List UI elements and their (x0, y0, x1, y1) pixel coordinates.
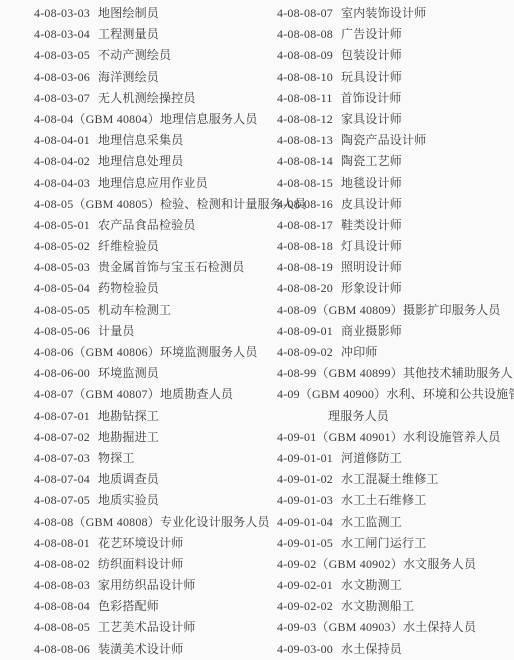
occupation-code: 4-08-05 (34, 194, 73, 215)
occupation-code: 4-08-07-02 (34, 427, 90, 448)
occupation-name: 药物检验员 (98, 281, 159, 295)
occupation-entry: 4-08-08-09包装设计师 (277, 45, 514, 66)
occupation-code: 4-09-01 (277, 427, 316, 448)
occupation-entry-line: 4-08-08-16皮具设计师 (277, 194, 514, 215)
occupation-entry-line: 4-08-05-02纤维检验员 (34, 236, 270, 257)
occupation-name: 玩具设计师 (341, 70, 402, 84)
occupation-name: 地理信息处理员 (98, 154, 183, 168)
occupation-entry-line: 4-08-06-00环境监测员 (34, 363, 270, 384)
occupation-entry-line: 4-08-08-01花艺环境设计师 (34, 533, 270, 554)
occupation-entry-line: 4-08-08-13陶瓷产品设计师 (277, 130, 514, 151)
occupation-code: 4-08-08-13 (277, 130, 333, 151)
occupation-code: 4-08-03-05 (34, 45, 90, 66)
occupation-name: 水工土石维修工 (341, 493, 426, 507)
occupation-entry-line: 4-08-08-04色彩搭配师 (34, 596, 270, 617)
occupation-entry: 4-09-01-04水工监测工 (277, 512, 514, 533)
occupation-entry: 4-08-08-10玩具设计师 (277, 67, 514, 88)
occupation-code: 4-08-08-19 (277, 257, 333, 278)
occupation-name: 地图绘制员 (98, 6, 159, 20)
occupation-name: 地勘钻探工 (98, 409, 159, 423)
occupation-code: 4-08-07-05 (34, 490, 90, 511)
occupation-entry: 4-08-05（GBM 40805）检验、检测和计量服务人员 (34, 194, 270, 215)
occupation-entry-line: 4-08-05-01农产品食品检验员 (34, 215, 270, 236)
occupation-name: 水工闸门运行工 (341, 536, 426, 550)
occupation-entry: 4-08-08-15地毯设计师 (277, 173, 514, 194)
occupation-name: 工艺美术品设计师 (98, 620, 196, 634)
occupation-name: 纤维检验员 (98, 239, 159, 253)
occupation-name: 包装设计师 (341, 48, 402, 62)
occupation-entry-line: 4-08-08-02纺织面料设计师 (34, 554, 270, 575)
occupation-entry-line: 4-08-08-17鞋类设计师 (277, 215, 514, 236)
occupation-name: （GBM 40899）其他技术辅助服务人员 (316, 366, 514, 380)
occupation-entry-line: 4-08-07-05地质实验员 (34, 490, 270, 511)
occupation-code: 4-08-08-01 (34, 533, 90, 554)
occupation-entry-line: 4-08-05-06计量员 (34, 321, 270, 342)
occupation-name: 水文勘测工 (341, 578, 402, 592)
occupation-name: 首饰设计师 (341, 91, 402, 105)
occupation-entry: 4-09-02（GBM 40902）水文服务人员 (277, 554, 514, 575)
occupation-name: 家具设计师 (341, 112, 402, 126)
occupation-entry: 4-08-08-20形象设计师 (277, 278, 514, 299)
occupation-entry: 4-08-05-03贵金属首饰与宝玉石检测员 (34, 257, 270, 278)
occupation-name: 无人机测绘操控员 (98, 91, 196, 105)
occupation-entry-line: 4-09-03-00水土保持员 (277, 639, 514, 660)
occupation-entry-line: 4-09-03（GBM 40903）水土保持人员 (277, 617, 514, 638)
occupation-entry-line: 4-08-08-03家用纺织品设计师 (34, 575, 270, 596)
occupation-code: 4-08-08-17 (277, 215, 333, 236)
occupation-entry: 4-08-04（GBM 40804）地理信息服务人员 (34, 109, 270, 130)
occupation-entry: 4-08-03-03地图绘制员 (34, 3, 270, 24)
occupation-entry-line: 4-08-03-05不动产测绘员 (34, 45, 270, 66)
occupation-code: 4-08-08-18 (277, 236, 333, 257)
occupation-entry: 4-08-03-05不动产测绘员 (34, 45, 270, 66)
occupation-entry-line: 4-08-08-06装潢美术设计师 (34, 639, 270, 660)
occupation-code: 4-08-08-10 (277, 67, 333, 88)
occupation-entry-line: 4-08-08-11首饰设计师 (277, 88, 514, 109)
occupation-code: 4-08-06 (34, 342, 73, 363)
occupation-entry-line: 4-08-05-05机动车检测工 (34, 300, 270, 321)
occupation-code: 4-08-03-07 (34, 88, 90, 109)
occupation-entry-line: 4-09-01-01河道修防工 (277, 448, 514, 469)
occupation-name: （GBM 40804）地理信息服务人员 (73, 112, 257, 126)
occupation-entry-line: 4-08-99（GBM 40899）其他技术辅助服务人员 (277, 363, 514, 384)
occupation-entry: 4-08-09-02冲印师 (277, 342, 514, 363)
occupation-name: （GBM 40806）环境监测服务人员 (73, 345, 257, 359)
occupation-name: 商业摄影师 (341, 324, 402, 338)
occupation-entry-line: 4-08-03-03地图绘制员 (34, 3, 270, 24)
occupation-entry: 4-08-05-04药物检验员 (34, 278, 270, 299)
occupation-name: 贵金属首饰与宝玉石检测员 (98, 260, 244, 274)
occupation-name: 家用纺织品设计师 (98, 578, 196, 592)
occupation-entry: 4-08-08-08广告设计师 (277, 24, 514, 45)
occupation-entry-line: 4-08-03-06海洋测绘员 (34, 67, 270, 88)
occupation-code: 4-09-03 (277, 617, 316, 638)
occupation-entry: 4-08-07-04地质调查员 (34, 469, 270, 490)
occupation-entry: 4-08-99（GBM 40899）其他技术辅助服务人员 (277, 363, 514, 384)
occupation-name: 不动产测绘员 (98, 48, 171, 62)
occupation-entry-line: 4-09-01-05水工闸门运行工 (277, 533, 514, 554)
occupation-name: 环境监测员 (98, 366, 159, 380)
occupation-code: 4-08-08-16 (277, 194, 333, 215)
occupation-entry-line: 4-09-01-02水工混凝土维修工 (277, 469, 514, 490)
occupation-entry-line: 4-08-03-04工程测量员 (34, 24, 270, 45)
occupation-entry: 4-08-08-18灯具设计师 (277, 236, 514, 257)
occupation-name: 纺织面料设计师 (98, 557, 183, 571)
occupation-name: 陶瓷工艺师 (341, 154, 402, 168)
occupation-entry: 4-08-08-02纺织面料设计师 (34, 554, 270, 575)
occupation-entry-line: 4-08-08（GBM 40808）专业化设计服务人员 (34, 512, 270, 533)
occupation-entry-line: 4-08-05（GBM 40805）检验、检测和计量服务人员 (34, 194, 270, 215)
occupation-code: 4-09-02 (277, 554, 316, 575)
occupation-code: 4-08-06-00 (34, 363, 90, 384)
occupation-name: 计量员 (98, 324, 135, 338)
occupation-entry-line: 4-08-08-12家具设计师 (277, 109, 514, 130)
occupation-code: 4-08-07 (34, 384, 73, 405)
occupation-entry: 4-09-03-00水土保持员 (277, 639, 514, 660)
occupation-entry: 4-08-08-05工艺美术品设计师 (34, 617, 270, 638)
occupation-entry: 4-08-06（GBM 40806）环境监测服务人员 (34, 342, 270, 363)
occupation-entry: 4-08-08-11首饰设计师 (277, 88, 514, 109)
occupation-name: 广告设计师 (341, 27, 402, 41)
occupation-entry: 4-08-08-16皮具设计师 (277, 194, 514, 215)
occupation-name: 灯具设计师 (341, 239, 402, 253)
occupation-entry: 4-08-08-06装潢美术设计师 (34, 639, 270, 660)
occupation-entry-line: 4-08-07（GBM 40807）地质勘查人员 (34, 384, 270, 405)
occupation-code: 4-08-07-03 (34, 448, 90, 469)
occupation-entry-line: 4-08-08-05工艺美术品设计师 (34, 617, 270, 638)
occupation-entry: 4-09-02-01水文勘测工 (277, 575, 514, 596)
occupation-entry: 4-09-01-02水工混凝土维修工 (277, 469, 514, 490)
occupation-entry-line: 4-09-02-01水文勘测工 (277, 575, 514, 596)
occupation-entry: 4-08-05-01农产品食品检验员 (34, 215, 270, 236)
occupation-name: 地理信息应用作业员 (98, 176, 208, 190)
occupation-name: 农产品食品检验员 (98, 218, 196, 232)
occupation-code: 4-08-05-03 (34, 257, 90, 278)
occupation-name-continuation: 理服务人员 (277, 406, 514, 427)
occupation-code: 4-09-03-00 (277, 639, 333, 660)
occupation-entry: 4-08-07-03物探工 (34, 448, 270, 469)
occupation-entry: 4-08-05-05机动车检测工 (34, 300, 270, 321)
occupation-entry-line: 4-08-07-02地勘掘进工 (34, 427, 270, 448)
occupation-code: 4-08-05-02 (34, 236, 90, 257)
occupation-code: 4-08-08-05 (34, 617, 90, 638)
occupation-entry: 4-08-08-07室内装饰设计师 (277, 3, 514, 24)
occupation-code: 4-08-08-08 (277, 24, 333, 45)
occupation-entry: 4-08-08-01花艺环境设计师 (34, 533, 270, 554)
occupation-name: 河道修防工 (341, 451, 402, 465)
occupation-entry-line: 4-09（GBM 40900）水利、环境和公共设施管 (277, 384, 514, 405)
occupation-name: 地勘掘进工 (98, 430, 159, 444)
occupation-code: 4-08-08 (34, 512, 73, 533)
occupation-entry: 4-08-03-06海洋测绘员 (34, 67, 270, 88)
occupation-name: 工程测量员 (98, 27, 159, 41)
occupation-entry-line: 4-08-08-07室内装饰设计师 (277, 3, 514, 24)
occupation-name: （GBM 40903）水土保持人员 (316, 620, 476, 634)
occupation-name: 地质实验员 (98, 493, 159, 507)
occupation-code: 4-08-09-01 (277, 321, 333, 342)
left-column: 4-08-03-03地图绘制员4-08-03-04工程测量员4-08-03-05… (34, 3, 270, 660)
occupation-entry-line: 4-08-03-07无人机测绘操控员 (34, 88, 270, 109)
occupation-entry: 4-09-02-02水文勘测船工 (277, 596, 514, 617)
occupation-code: 4-09-01-01 (277, 448, 333, 469)
occupation-code: 4-08-99 (277, 363, 316, 384)
occupation-entry: 4-08-07-01地勘钻探工 (34, 406, 270, 427)
occupation-name: 鞋类设计师 (341, 218, 402, 232)
occupation-entry-line: 4-08-08-10玩具设计师 (277, 67, 514, 88)
occupation-entry-line: 4-08-08-15地毯设计师 (277, 173, 514, 194)
occupation-name: 装潢美术设计师 (98, 642, 183, 656)
occupation-entry: 4-08-09-01商业摄影师 (277, 321, 514, 342)
occupation-code: 4-08-08-02 (34, 554, 90, 575)
occupation-code: 4-08-08-20 (277, 278, 333, 299)
occupation-name: 水文勘测船工 (341, 599, 414, 613)
occupation-code: 4-08-04-02 (34, 151, 90, 172)
occupation-name: 机动车检测工 (98, 303, 171, 317)
occupation-entry: 4-09-03（GBM 40903）水土保持人员 (277, 617, 514, 638)
occupation-name: 水工混凝土维修工 (341, 472, 439, 486)
occupation-code: 4-08-08-15 (277, 173, 333, 194)
occupation-name: 陶瓷产品设计师 (341, 133, 426, 147)
occupation-entry-line: 4-08-08-20形象设计师 (277, 278, 514, 299)
occupation-code: 4-08-04-01 (34, 130, 90, 151)
occupation-name: 形象设计师 (341, 281, 402, 295)
occupation-entry: 4-08-08-14陶瓷工艺师 (277, 151, 514, 172)
occupation-code: 4-08-03-04 (34, 24, 90, 45)
occupation-code: 4-08-03-03 (34, 3, 90, 24)
occupation-name: 水工监测工 (341, 515, 402, 529)
occupation-name: （GBM 40902）水文服务人员 (316, 557, 476, 571)
occupation-entry: 4-08-05-02纤维检验员 (34, 236, 270, 257)
occupation-code: 4-09-01-04 (277, 512, 333, 533)
occupation-name: 色彩搭配师 (98, 599, 159, 613)
occupation-entry-line: 4-08-06（GBM 40806）环境监测服务人员 (34, 342, 270, 363)
occupation-entry: 4-08-04-02地理信息处理员 (34, 151, 270, 172)
occupation-entry: 4-08-08-17鞋类设计师 (277, 215, 514, 236)
occupation-name: 皮具设计师 (341, 197, 402, 211)
occupation-entry: 4-08-06-00环境监测员 (34, 363, 270, 384)
occupation-name: （GBM 40807）地质勘查人员 (73, 387, 233, 401)
occupation-code: 4-08-07-04 (34, 469, 90, 490)
occupation-code: 4-08-05-04 (34, 278, 90, 299)
occupation-entry-line: 4-08-09-01商业摄影师 (277, 321, 514, 342)
occupation-name: （GBM 40805）检验、检测和计量服务人员 (73, 197, 306, 211)
occupation-entry: 4-09-01-03水工土石维修工 (277, 490, 514, 511)
occupation-entry: 4-09（GBM 40900）水利、环境和公共设施管理服务人员 (277, 384, 514, 426)
occupation-code: 4-08-09 (277, 300, 316, 321)
occupation-name: 花艺环境设计师 (98, 536, 183, 550)
occupation-entry: 4-08-03-04工程测量员 (34, 24, 270, 45)
occupation-entry-line: 4-08-07-03物探工 (34, 448, 270, 469)
occupation-code: 4-08-09-02 (277, 342, 333, 363)
occupation-code: 4-08-07-01 (34, 406, 90, 427)
occupation-entry-line: 4-08-04-02地理信息处理员 (34, 151, 270, 172)
occupation-name: 照明设计师 (341, 260, 402, 274)
occupation-code: 4-09-01-03 (277, 490, 333, 511)
occupation-code: 4-08-05-05 (34, 300, 90, 321)
occupation-code: 4-09-02-02 (277, 596, 333, 617)
occupation-entry: 4-08-07-02地勘掘进工 (34, 427, 270, 448)
occupation-code: 4-08-08-09 (277, 45, 333, 66)
occupation-code: 4-08-08-12 (277, 109, 333, 130)
occupation-entry-line: 4-08-08-18灯具设计师 (277, 236, 514, 257)
occupation-code: 4-08-04-03 (34, 173, 90, 194)
occupation-name: （GBM 40808）专业化设计服务人员 (73, 515, 269, 529)
occupation-code: 4-08-05-01 (34, 215, 90, 236)
occupation-entry-line: 4-08-08-08广告设计师 (277, 24, 514, 45)
occupation-code: 4-08-08-11 (277, 88, 333, 109)
occupation-name: 地毯设计师 (341, 176, 402, 190)
occupation-name: （GBM 40900）水利、环境和公共设施管 (300, 387, 514, 401)
occupation-code: 4-08-04 (34, 109, 73, 130)
occupation-entry: 4-08-03-07无人机测绘操控员 (34, 88, 270, 109)
occupation-entry: 4-08-07（GBM 40807）地质勘查人员 (34, 384, 270, 405)
occupation-entry: 4-08-08-19照明设计师 (277, 257, 514, 278)
occupation-entry: 4-08-07-05地质实验员 (34, 490, 270, 511)
occupation-entry: 4-09-01-05水工闸门运行工 (277, 533, 514, 554)
occupation-entry-line: 4-08-08-19照明设计师 (277, 257, 514, 278)
occupation-entry-line: 4-08-08-14陶瓷工艺师 (277, 151, 514, 172)
occupation-code: 4-08-08-04 (34, 596, 90, 617)
occupation-entry-line: 4-08-04-03地理信息应用作业员 (34, 173, 270, 194)
occupation-entry: 4-08-04-01地理信息采集员 (34, 130, 270, 151)
occupation-entry: 4-08-05-06计量员 (34, 321, 270, 342)
occupation-entry: 4-08-08-13陶瓷产品设计师 (277, 130, 514, 151)
occupation-name: 冲印师 (341, 345, 378, 359)
occupation-entry-line: 4-09-01-04水工监测工 (277, 512, 514, 533)
document-page: 4-08-03-03地图绘制员4-08-03-04工程测量员4-08-03-05… (0, 0, 514, 660)
occupation-entry-line: 4-08-09-02冲印师 (277, 342, 514, 363)
occupation-name: （GBM 40809）摄影扩印服务人员 (316, 303, 500, 317)
occupation-code: 4-08-08-06 (34, 639, 90, 660)
occupation-name: 水土保持员 (341, 642, 402, 656)
occupation-entry: 4-09-01（GBM 40901）水利设施管养人员 (277, 427, 514, 448)
occupation-entry: 4-08-08（GBM 40808）专业化设计服务人员 (34, 512, 270, 533)
occupation-entry: 4-09-01-01河道修防工 (277, 448, 514, 469)
occupation-entry-line: 4-08-09（GBM 40809）摄影扩印服务人员 (277, 300, 514, 321)
occupation-entry-line: 4-09-02-02水文勘测船工 (277, 596, 514, 617)
occupation-name: 地质调查员 (98, 472, 159, 486)
occupation-code: 4-08-05-06 (34, 321, 90, 342)
occupation-entry: 4-08-04-03地理信息应用作业员 (34, 173, 270, 194)
occupation-entry-line: 4-08-08-09包装设计师 (277, 45, 514, 66)
occupation-entry-line: 4-08-04（GBM 40804）地理信息服务人员 (34, 109, 270, 130)
occupation-entry-line: 4-08-05-03贵金属首饰与宝玉石检测员 (34, 257, 270, 278)
occupation-code: 4-08-03-06 (34, 67, 90, 88)
right-column: 4-08-08-07室内装饰设计师4-08-08-08广告设计师4-08-08-… (277, 3, 514, 660)
occupation-entry-line: 4-08-07-04地质调查员 (34, 469, 270, 490)
occupation-entry: 4-08-08-03家用纺织品设计师 (34, 575, 270, 596)
occupation-name: 海洋测绘员 (98, 70, 159, 84)
occupation-entry-line: 4-09-02（GBM 40902）水文服务人员 (277, 554, 514, 575)
occupation-name: 物探工 (98, 451, 135, 465)
occupation-code: 4-09 (277, 384, 300, 405)
occupation-entry: 4-08-09（GBM 40809）摄影扩印服务人员 (277, 300, 514, 321)
occupation-entry-line: 4-09-01（GBM 40901）水利设施管养人员 (277, 427, 514, 448)
occupation-entry: 4-08-08-04色彩搭配师 (34, 596, 270, 617)
occupation-entry-line: 4-08-05-04药物检验员 (34, 278, 270, 299)
occupation-code: 4-08-08-14 (277, 151, 333, 172)
occupation-entry: 4-08-08-12家具设计师 (277, 109, 514, 130)
occupation-name: 室内装饰设计师 (341, 6, 426, 20)
occupation-code: 4-09-02-01 (277, 575, 333, 596)
occupation-entry-line: 4-08-07-01地勘钻探工 (34, 406, 270, 427)
occupation-code: 4-09-01-02 (277, 469, 333, 490)
occupation-code: 4-08-08-07 (277, 3, 333, 24)
occupation-code: 4-08-08-03 (34, 575, 90, 596)
occupation-name: （GBM 40901）水利设施管养人员 (316, 430, 500, 444)
occupation-entry-line: 4-09-01-03水工土石维修工 (277, 490, 514, 511)
occupation-name: 地理信息采集员 (98, 133, 183, 147)
occupation-entry-line: 4-08-04-01地理信息采集员 (34, 130, 270, 151)
occupation-code: 4-09-01-05 (277, 533, 333, 554)
